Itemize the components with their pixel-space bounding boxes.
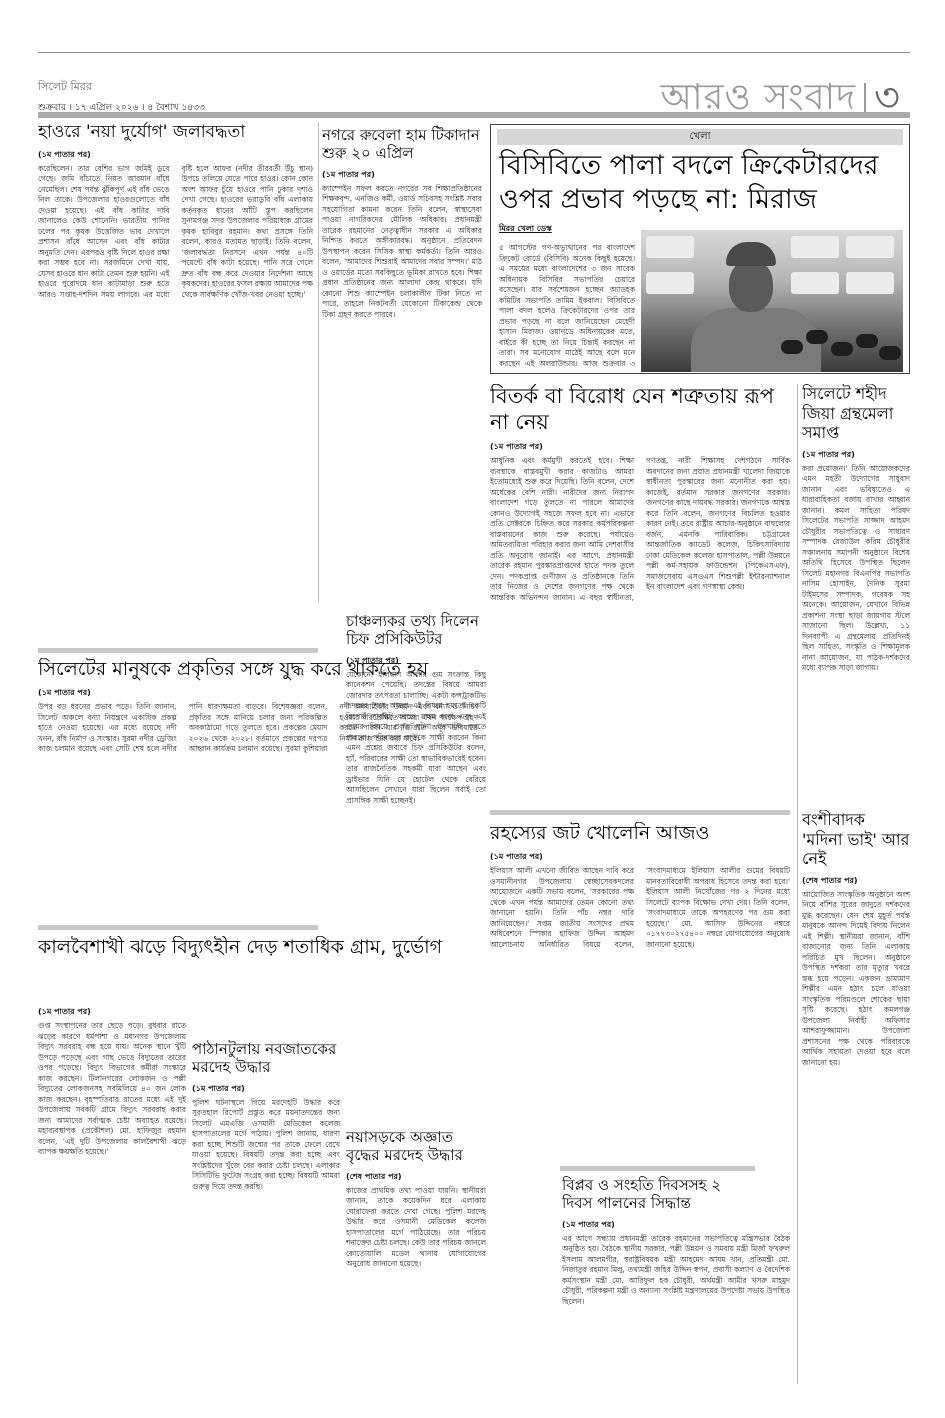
continued-label: (১ম পাতার পর) bbox=[802, 449, 910, 462]
article-nayasarak: নয়াসড়কে অজ্ঞাত বৃদ্ধের মরদেহ উদ্ধার (শ… bbox=[346, 1128, 486, 1385]
article-prosecutor: চাঞ্চল্যকর তথ্য দিলেন চিফ প্রসিকিউটর (১ম… bbox=[346, 612, 486, 1077]
column-divider bbox=[797, 384, 798, 1384]
masthead-bar bbox=[38, 112, 910, 118]
microphone-icon bbox=[879, 346, 901, 360]
backdrop-logo bbox=[791, 236, 839, 258]
article-body: আয়োজিত সাংস্কৃতিক অনুষ্ঠানে অংশ নিয়ে ব… bbox=[802, 890, 910, 1370]
article-body: ইলিয়াস আলী এখনো জীবিত আছেন দাবি করে ওসম… bbox=[490, 866, 790, 1156]
player-cap bbox=[726, 242, 776, 266]
continued-label: (১ম পাতার পর) bbox=[192, 1083, 340, 1096]
continued-label: (শেষ পাতার পর) bbox=[802, 875, 910, 888]
headline: চাঞ্চল্যকর তথ্য দিলেন চিফ প্রসিকিউটর bbox=[346, 612, 486, 649]
article-pathantula: পাঠানটুলায় নবজাতকের মরদেহ উদ্ধার (১ম পা… bbox=[192, 1040, 340, 1385]
article-body: আধুনিক এবং কর্মমুখী করতেই হবে। শিক্ষা ব্… bbox=[490, 456, 790, 796]
article-kalboishakhi-body: (১ম পাতার পর) গুপ্ত সংস্থাপনের তার ছেড়ে… bbox=[38, 1000, 186, 1385]
headline: নগরে রুবেলা হাম টিকাদান শুরু ২০ এপ্রিল bbox=[322, 126, 482, 163]
page-number: ৩ bbox=[874, 66, 900, 133]
article-haor: হাওরে 'নয়া দুর্যোগ' জলাবদ্ধতা (১ম পাতার… bbox=[38, 122, 313, 602]
top-rule bbox=[38, 52, 910, 53]
player-figure bbox=[691, 308, 821, 372]
microphone-icon bbox=[806, 330, 828, 344]
continued-label: (১ম পাতার পর) bbox=[490, 851, 790, 864]
article-body: এর আগে সন্ধ্যায় প্রধানমন্ত্রী তারেক রহম… bbox=[562, 1234, 790, 1364]
microphone-icon bbox=[781, 340, 803, 354]
article-body: কাজের প্রাথমিক তথ্য পাওয়া যায়নি। স্থান… bbox=[346, 1186, 486, 1356]
article-biplob: বিপ্লব ও সংহতি দিবসসহ ২ দিবস পালনের সিদ্… bbox=[562, 1176, 790, 1385]
section-separator bbox=[560, 1166, 755, 1171]
headline: পাঠানটুলায় নবজাতকের মরদেহ উদ্ধার bbox=[192, 1040, 340, 1077]
article-cricket: খেলা বিসিবিতে পালা বদলে ক্রিকেটারদের ওপর… bbox=[490, 124, 910, 374]
section-separator bbox=[38, 925, 318, 930]
paper-name: সিলেট মিরর bbox=[38, 78, 205, 97]
headline: সিলেটে শহীদ জিয়া গ্রন্থমেলা সমাপ্ত bbox=[802, 384, 910, 443]
article-body: যেকোনো ইলিয়াস আলীর গুম সংক্রান্ত কিছু ক… bbox=[346, 670, 486, 1050]
section-separator bbox=[38, 648, 318, 653]
continued-label: (১ম পাতার পর) bbox=[38, 149, 313, 162]
article-debate: বিতর্ক বা বিরোধ যেন শত্রুতায় রূপ না নেয… bbox=[490, 384, 790, 809]
continued-label: (১ম পাতার পর) bbox=[322, 169, 482, 182]
headline: বিসিবিতে পালা বদলে ক্রিকেটারদের ওপর প্রভ… bbox=[499, 149, 901, 217]
backdrop-logo bbox=[646, 236, 694, 258]
article-body: করা প্রয়োজন।' তিনি আয়োজকদের এমন মহতী উ… bbox=[802, 464, 910, 784]
masthead-left: সিলেট মিরর শুক্রবার । ১৭ এপ্রিল ২০২৬ । ৪… bbox=[38, 78, 205, 115]
article-body: ৫ আগস্টের গণ-অভ্যুত্থানের পর বাংলাদেশ ক্… bbox=[499, 243, 635, 369]
article-bangshi: বংশীবাদক 'মদিনা ভাই' আর নেই (শেষ পাতার প… bbox=[802, 810, 910, 1385]
backdrop-logo bbox=[846, 272, 894, 294]
section-tag: খেলা bbox=[497, 129, 903, 145]
article-book-fair: সিলেটে শহীদ জিয়া গ্রন্থমেলা সমাপ্ত (১ম … bbox=[802, 384, 910, 784]
headline: বিপ্লব ও সংহতি দিবসসহ ২ দিবস পালনের সিদ্… bbox=[562, 1176, 722, 1213]
section-title: আরও সংবাদ bbox=[661, 70, 856, 130]
article-body: পুলিশ ঘটনাস্থলে গিয়ে মরদেহটি উদ্ধার করে… bbox=[192, 1098, 340, 1358]
article-body: গুপ্ত সংস্থাপনের তার ছেড়ে পড়ে। বুধবার … bbox=[38, 1021, 186, 1385]
backdrop-logo bbox=[846, 236, 894, 258]
continued-label: (শেষ পাতার পর) bbox=[346, 1171, 486, 1184]
press-conference-photo bbox=[641, 230, 903, 372]
continued-label: (১ম পাতার পর) bbox=[490, 441, 790, 454]
player-face bbox=[729, 260, 773, 312]
headline: বিতর্ক বা বিরোধ যেন শত্রুতায় রূপ না নেয… bbox=[490, 384, 790, 435]
section-header: আরও সংবাদ ৩ bbox=[661, 66, 900, 133]
microphone-icon bbox=[856, 334, 878, 348]
section-separator bbox=[490, 810, 790, 815]
article-mystery: রহস্যের জট খোলেনি আজও (১ম পাতার পর) ইলিয… bbox=[490, 822, 790, 1162]
headline: বংশীবাদক 'মদিনা ভাই' আর নেই bbox=[802, 810, 910, 869]
headline: রহস্যের জট খোলেনি আজও bbox=[490, 822, 790, 845]
article-body: ক্যাম্পেইন সফল করতে নগরের সব শিক্ষাপ্রতি… bbox=[322, 184, 482, 574]
backdrop-logo bbox=[791, 272, 839, 294]
headline: হাওরে 'নয়া দুর্যোগ' জলাবদ্ধতা bbox=[38, 122, 313, 143]
microphone-icon bbox=[831, 342, 853, 356]
headline: নয়াসড়কে অজ্ঞাত বৃদ্ধের মরদেহ উদ্ধার bbox=[346, 1128, 486, 1165]
continued-label: (১ম পাতার পর) bbox=[346, 655, 486, 668]
article-rubella: নগরে রুবেলা হাম টিকাদান শুরু ২০ এপ্রিল (… bbox=[322, 122, 482, 607]
column-divider bbox=[318, 122, 319, 602]
continued-label: (১ম পাতার পর) bbox=[562, 1219, 790, 1232]
backdrop-logo bbox=[646, 272, 694, 294]
continued-label: (১ম পাতার পর) bbox=[38, 1006, 186, 1019]
article-body: করেছিলেন। তার বেশির ভাগ জমিই ডুবে গেছে। … bbox=[38, 164, 313, 602]
